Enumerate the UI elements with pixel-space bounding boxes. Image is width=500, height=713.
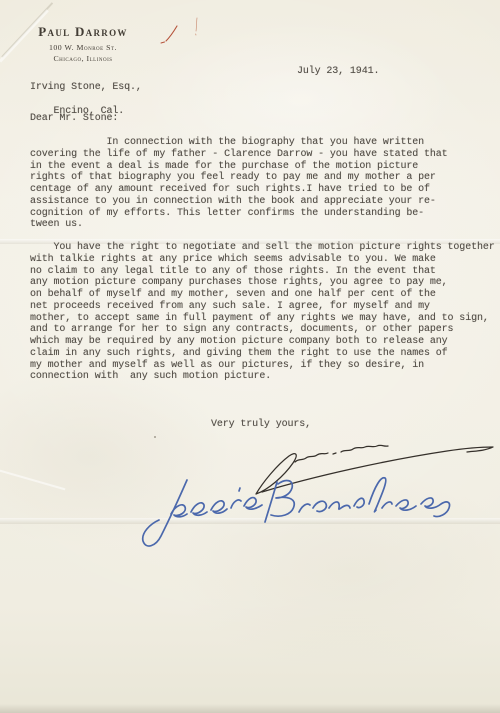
letter-page: Paul Darrow 100 W. Monroe St. Chicago, I… bbox=[0, 0, 500, 713]
body-paragraph-1: In connection with the biography that yo… bbox=[30, 137, 448, 231]
body-paragraph-2: You have the right to negotiate and sell… bbox=[30, 242, 495, 383]
closing: Very truly yours, bbox=[211, 419, 311, 431]
signature-jessie-brownlee bbox=[143, 478, 450, 546]
salutation: Dear Mr. Stone: bbox=[30, 113, 118, 125]
letterhead-name: Paul Darrow bbox=[28, 24, 138, 40]
letterhead-address-street: 100 W. Monroe St. bbox=[28, 43, 138, 52]
letterhead-address-city: Chicago, Illinois bbox=[28, 54, 138, 63]
date: July 23, 1941. bbox=[297, 66, 379, 78]
pencil-marks-icon bbox=[158, 14, 210, 50]
letterhead: Paul Darrow 100 W. Monroe St. Chicago, I… bbox=[28, 24, 138, 63]
left-crease bbox=[0, 468, 65, 490]
recipient-line-1: Irving Stone, Esq., bbox=[30, 82, 142, 93]
signature-block bbox=[125, 438, 497, 556]
page-bottom-shadow bbox=[0, 704, 500, 713]
